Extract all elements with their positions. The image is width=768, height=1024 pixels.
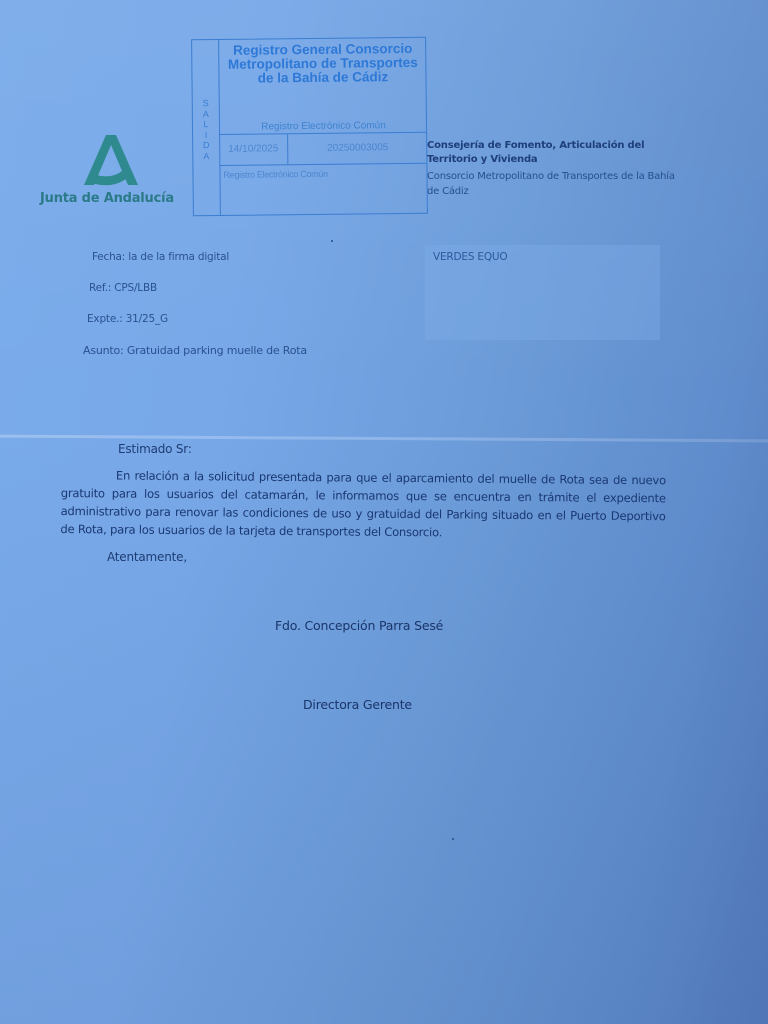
stamp-number: 20250003005 xyxy=(289,133,426,164)
meta-fecha: Fecha: la de la firma digital xyxy=(92,251,229,263)
junta-andalucia-logo: Junta de Andalucía xyxy=(40,135,185,206)
letter-body: En relación a la solicitud presentada pa… xyxy=(60,466,666,543)
registry-stamp: SALIDA Registro General Consorcio Metrop… xyxy=(191,37,428,216)
stamp-title: Registro General Consorcio Metropolitano… xyxy=(220,42,425,86)
speck xyxy=(331,240,333,242)
stamp-date: 14/10/2025 xyxy=(219,134,288,165)
sender-block: Consejería de Fomento, Articulación del … xyxy=(427,139,677,199)
stamp-side-column: SALIDA xyxy=(192,40,221,215)
meta-asunto: Asunto: Gratuidad parking muelle de Rota xyxy=(83,344,307,357)
letter-closing: Atentamente, xyxy=(107,550,187,564)
logo-text: Junta de Andalucía xyxy=(40,191,185,206)
letter-body-text: En relación a la solicitud presentada pa… xyxy=(60,468,666,539)
stamp-side-label: SALIDA xyxy=(201,98,212,161)
sender-entity: Consorcio Metropolitano de Transportes d… xyxy=(427,169,677,199)
letter-greeting: Estimado Sr: xyxy=(118,442,192,456)
letter-signer-position: Directora Gerente xyxy=(303,697,412,712)
recipient-name: VERDES EQUO xyxy=(433,251,507,263)
meta-ref: Ref.: CPS/LBB xyxy=(89,282,157,294)
stamp-registry-line-secondary: Registro Electrónico Común xyxy=(223,168,423,180)
meta-expte: Expte.: 31/25_G xyxy=(87,313,168,325)
junta-andalucia-a-icon xyxy=(82,135,140,187)
stamp-row: 14/10/2025 20250003005 xyxy=(219,132,426,166)
speck xyxy=(452,838,454,840)
letter-signer: Fdo. Concepción Parra Sesé xyxy=(275,618,443,633)
paper-fold-line xyxy=(0,435,768,443)
stamp-registry-line: Registro Electrónico Común xyxy=(221,120,426,133)
sender-department: Consejería de Fomento, Articulación del … xyxy=(427,139,677,167)
